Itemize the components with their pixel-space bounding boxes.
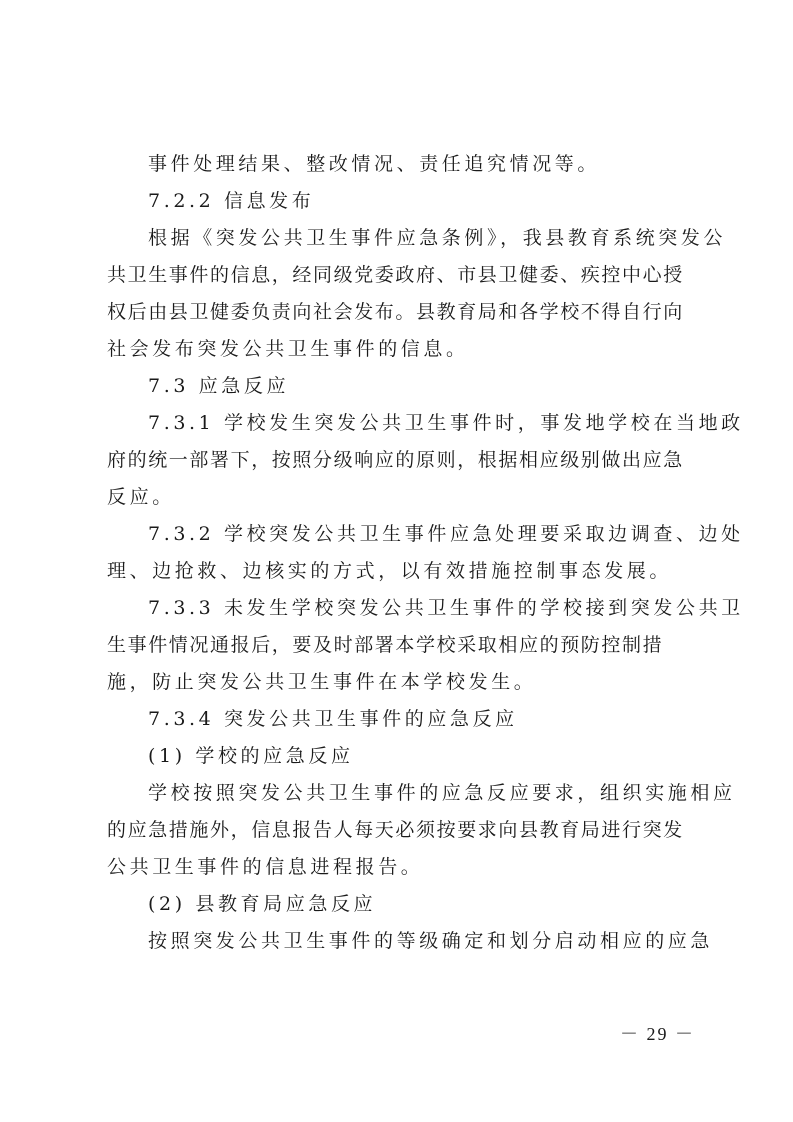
text-line: 府的统一部署下，按照分级响应的原则，根据相应级别做出应急 [107, 447, 707, 473]
section-heading: 7.2.2 信息发布 [148, 188, 748, 214]
text-line: 共卫生事件的信息，经同级党委政府、市县卫健委、疾控中心授 [107, 262, 707, 288]
text-line: 权后由县卫健委负责向社会发布。县教育局和各学校不得自行向 [107, 299, 707, 325]
text-line: 学校按照突发公共卫生事件的应急反应要求，组织实施相应 [148, 780, 748, 806]
subsection-heading: (1) 学校的应急反应 [148, 743, 748, 769]
subsection-heading: (2) 县教育局应急反应 [148, 891, 748, 917]
text-line: 公共卫生事件的信息进程报告。 [107, 854, 707, 880]
text-line: 理、边抢救、边核实的方式，以有效措施控制事态发展。 [107, 558, 707, 584]
text-line: 社会发布突发公共卫生事件的信息。 [107, 336, 707, 362]
text-line: 施，防止突发公共卫生事件在本学校发生。 [107, 669, 707, 695]
text-line: 7.3.3 未发生学校突发公共卫生事件的学校接到突发公共卫 [148, 595, 748, 621]
text-line: 7.3.2 学校突发公共卫生事件应急处理要采取边调查、边处 [148, 521, 748, 547]
text-line: 根据《突发公共卫生事件应急条例》，我县教育系统突发公 [148, 225, 748, 251]
text-line: 事件处理结果、整改情况、责任追究情况等。 [148, 151, 748, 177]
text-line: 的应急措施外，信息报告人每天必须按要求向县教育局进行突发 [107, 817, 707, 843]
text-line: 反应。 [107, 484, 707, 510]
text-line: 生事件情况通报后，要及时部署本学校采取相应的预防控制措 [107, 632, 707, 658]
section-heading: 7.3.4 突发公共卫生事件的应急反应 [148, 706, 748, 732]
page-number: － 29 － [620, 1020, 695, 1046]
document-page: 事件处理结果、整改情况、责任追究情况等。 7.2.2 信息发布 根据《突发公共卫… [0, 0, 793, 1122]
section-heading: 7.3 应急反应 [148, 373, 748, 399]
text-line: 7.3.1 学校发生突发公共卫生事件时，事发地学校在当地政 [148, 410, 748, 436]
text-line: 按照突发公共卫生事件的等级确定和划分启动相应的应急 [148, 928, 748, 954]
